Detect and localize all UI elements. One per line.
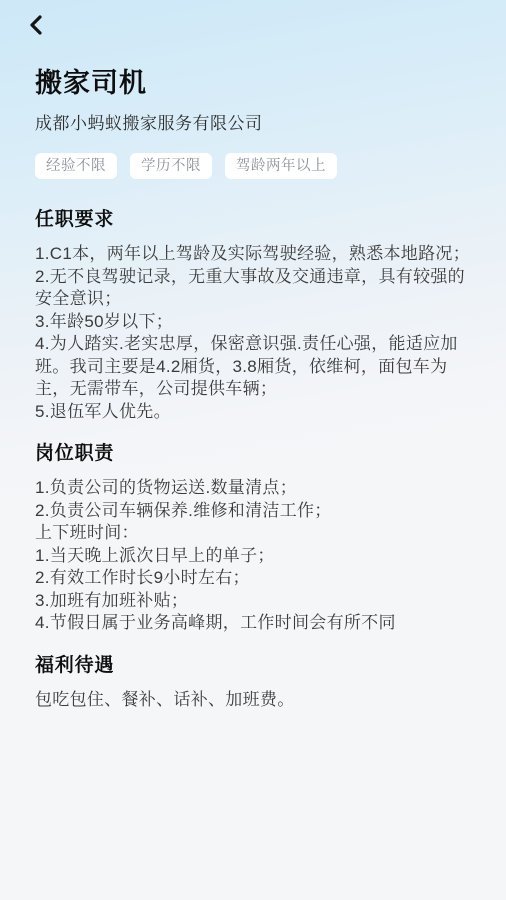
requirement-line: 1.C1本，两年以上驾龄及实际驾驶经验，熟悉本地路况； xyxy=(35,243,471,266)
section-job-responsibilities: 岗位职责 1.负责公司的货物运送.数量清点； 2.负责公司车辆保养.维修和清洁工… xyxy=(35,443,471,635)
nav-bar xyxy=(0,0,506,44)
responsibility-line: 3.加班有加班补贴； xyxy=(35,590,471,613)
requirement-line: 3.年龄50岁以下； xyxy=(35,311,471,334)
tag-driving-years: 驾龄两年以上 xyxy=(225,153,337,179)
job-detail-content: 搬家司机 成都小蚂蚁搬家服务有限公司 经验不限 学历不限 驾龄两年以上 任职要求… xyxy=(0,68,506,711)
benefit-line: 包吃包住、餐补、话补、加班费。 xyxy=(35,689,471,712)
section-heading: 福利待遇 xyxy=(35,655,471,677)
section-heading: 任职要求 xyxy=(35,209,471,231)
section-benefits: 福利待遇 包吃包住、餐补、话补、加班费。 xyxy=(35,655,471,712)
responsibility-line: 2.负责公司车辆保养.维修和清洁工作； xyxy=(35,500,471,523)
section-heading: 岗位职责 xyxy=(35,443,471,465)
back-button[interactable] xyxy=(27,15,53,39)
section-job-requirements: 任职要求 1.C1本，两年以上驾龄及实际驾驶经验，熟悉本地路况； 2.无不良驾驶… xyxy=(35,209,471,423)
tag-experience: 经验不限 xyxy=(35,153,117,179)
tag-education: 学历不限 xyxy=(130,153,212,179)
responsibility-line: 2.有效工作时长9小时左右； xyxy=(35,567,471,590)
responsibility-line: 上下班时间： xyxy=(35,522,471,545)
responsibility-line: 4.节假日属于业务高峰期，工作时间会有所不同 xyxy=(35,612,471,635)
requirement-line: 2.无不良驾驶记录，无重大事故及交通违章，具有较强的安全意识； xyxy=(35,266,471,311)
tag-list: 经验不限 学历不限 驾龄两年以上 xyxy=(35,153,471,179)
company-name: 成都小蚂蚁搬家服务有限公司 xyxy=(35,114,471,134)
job-title: 搬家司机 xyxy=(35,68,471,98)
requirement-line: 4.为人踏实.老实忠厚，保密意识强.责任心强，能适应加班。我司主要是4.2厢货，… xyxy=(35,333,471,401)
responsibility-line: 1.当天晚上派次日早上的单子； xyxy=(35,545,471,568)
responsibility-line: 1.负责公司的货物运送.数量清点； xyxy=(35,477,471,500)
chevron-left-icon xyxy=(27,14,47,41)
job-detail-screen: 搬家司机 成都小蚂蚁搬家服务有限公司 经验不限 学历不限 驾龄两年以上 任职要求… xyxy=(0,0,506,900)
requirement-line: 5.退伍军人优先。 xyxy=(35,401,471,424)
